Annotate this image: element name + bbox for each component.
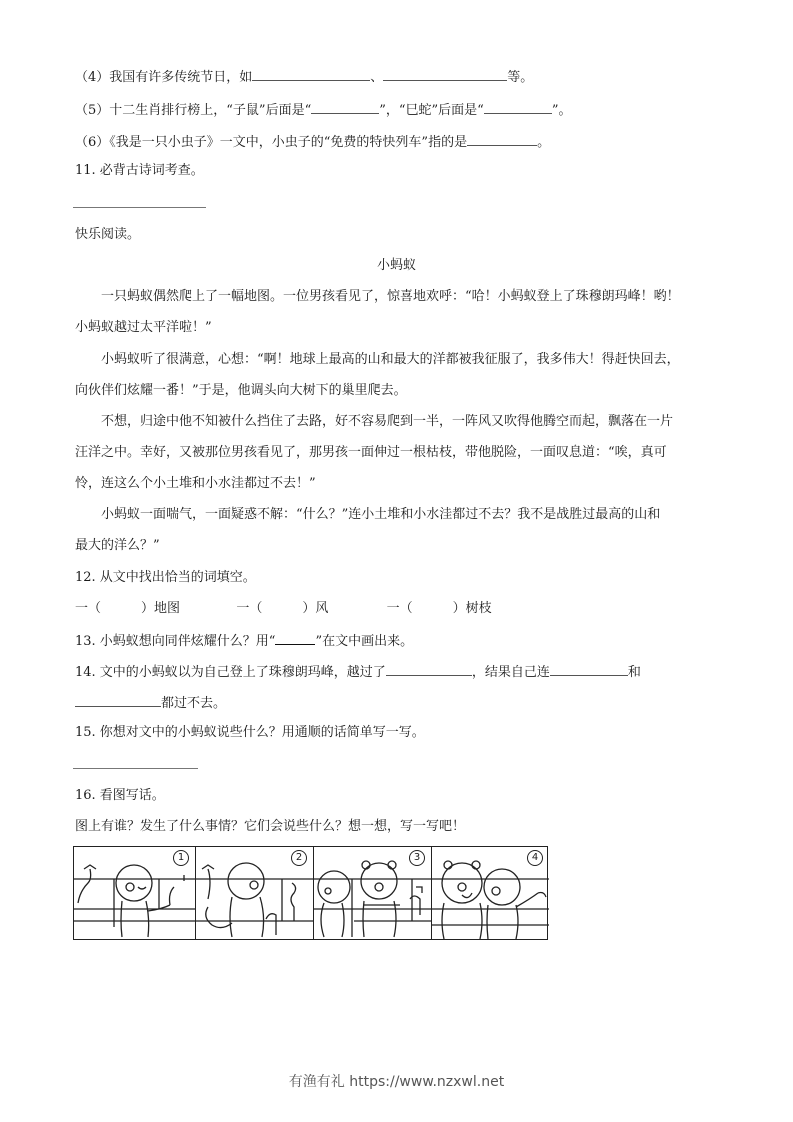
panel-number: 4 [527,850,543,866]
separator: 、 [370,70,383,85]
answer-blank[interactable] [311,101,379,114]
q12-item-3: 一（）树枝 [387,601,492,616]
paragraph-1-line-2: 小蚂蚁越过太平洋啦！” [75,320,212,336]
q12-item-2: 一（）风 [236,601,328,616]
answer-blank[interactable] [386,663,472,676]
q14-mid: ，结果自己连 [472,665,550,680]
answer-line[interactable] [73,207,206,208]
answer-blank[interactable] [75,694,161,707]
paragraph-3-line-1: 不想，归途中他不知被什么挡住了去路，好不容易爬到一半，一阵风又吹得他腾空而起，飘… [101,414,673,430]
passage-title: 小蚂蚁 [0,258,793,274]
question-11: 11. 必背古诗词考查。 [75,163,204,179]
footer-watermark: 有渔有礼 https://www.nzxwl.net [0,1071,793,1091]
answer-line[interactable] [73,768,198,769]
question-13: 13. 小蚂蚁想向同伴炫耀什么？用“”在文中画出来。 [75,632,413,650]
answer-blank[interactable] [550,663,628,676]
comic-panel-2: 2 [196,847,314,939]
paragraph-3-line-2: 汪洋之中。幸好，又被那位男孩看见了，那男孩一面伸过一根枯枝，带他脱险，一面叹息道… [75,445,667,461]
paragraph-4-line-2: 最大的洋么？” [75,538,160,554]
question-12-items: 一（）地图 一（）风 一（）树枝 [75,601,492,617]
question-10-4: （4）我国有许多传统节日，如、等。 [75,68,533,86]
answer-blank[interactable] [467,133,537,146]
paragraph-3-line-3: 怜，连这么个小土堆和小水洼都过不去！” [75,476,316,492]
q10-5-text: （5）十二生肖排行榜上，“子鼠”后面是“ [75,103,311,118]
q14-suffix: 都过不去。 [161,696,226,711]
comic-panel-4: 4 [432,847,549,939]
q10-4-text: （4）我国有许多传统节日，如 [75,70,252,85]
question-14-line-1: 14. 文中的小蚂蚁以为自己登上了珠穆朗玛峰，越过了，结果自己连和 [75,663,641,681]
question-12: 12. 从文中找出恰当的词填空。 [75,570,256,586]
q14-and: 和 [628,665,641,680]
answer-blank[interactable] [252,68,370,81]
comic-panel-3: 3 [314,847,432,939]
q10-5-suffix: ”。 [552,103,572,118]
comic-panel-1: 1 [74,847,196,939]
question-16-prompt: 图上有谁？发生了什么事情？它们会说些什么？想一想，写一写吧！ [75,819,465,835]
answer-blank[interactable] [484,101,552,114]
panel-number: 1 [173,850,189,866]
question-15: 15. 你想对文中的小蚂蚁说些什么？用通顺的话简单写一写。 [75,725,425,741]
q13-text: 13. 小蚂蚁想向同伴炫耀什么？用“ [75,634,275,649]
paragraph-4-line-1: 小蚂蚁一面喘气，一面疑惑不解：“什么？”连小土堆和小水洼都过不去？我不是战胜过最… [101,507,660,523]
question-16: 16. 看图写话。 [75,788,165,804]
panel-number: 2 [291,850,307,866]
question-10-5: （5）十二生肖排行榜上，“子鼠”后面是“”，“巳蛇”后面是“”。 [75,101,571,119]
section-label: 快乐阅读。 [75,227,140,243]
paragraph-2-line-2: 向伙伴们炫耀一番！”于是，他调头向大树下的巢里爬去。 [75,383,407,399]
paragraph-1-line-1: 一只蚂蚁偶然爬上了一幅地图。一位男孩看见了，惊喜地欢呼：“哈！小蚂蚁登上了珠穆朗… [101,289,680,305]
q10-5-mid: ”，“巳蛇”后面是“ [379,103,484,118]
underline-sample [275,632,315,645]
q10-6-text: （6）《我是一只小虫子》一文中，小虫子的“免费的特快列车”指的是 [75,135,467,150]
question-10-6: （6）《我是一只小虫子》一文中，小虫子的“免费的特快列车”指的是。 [75,133,550,151]
paragraph-2-line-1: 小蚂蚁听了很满意，心想：“啊！地球上最高的山和最大的洋都被我征服了，我多伟大！得… [101,352,680,368]
q14-text: 14. 文中的小蚂蚁以为自己登上了珠穆朗玛峰，越过了 [75,665,386,680]
comic-strip: 1 2 3 4 [73,846,548,940]
q13-suffix: ”在文中画出来。 [315,634,413,649]
q10-6-suffix: 。 [537,135,550,150]
q12-item-1: 一（）地图 [75,601,180,616]
panel-number: 3 [409,850,425,866]
answer-blank[interactable] [383,68,507,81]
question-14-line-2: 都过不去。 [75,694,226,712]
q10-4-suffix: 等。 [507,70,533,85]
